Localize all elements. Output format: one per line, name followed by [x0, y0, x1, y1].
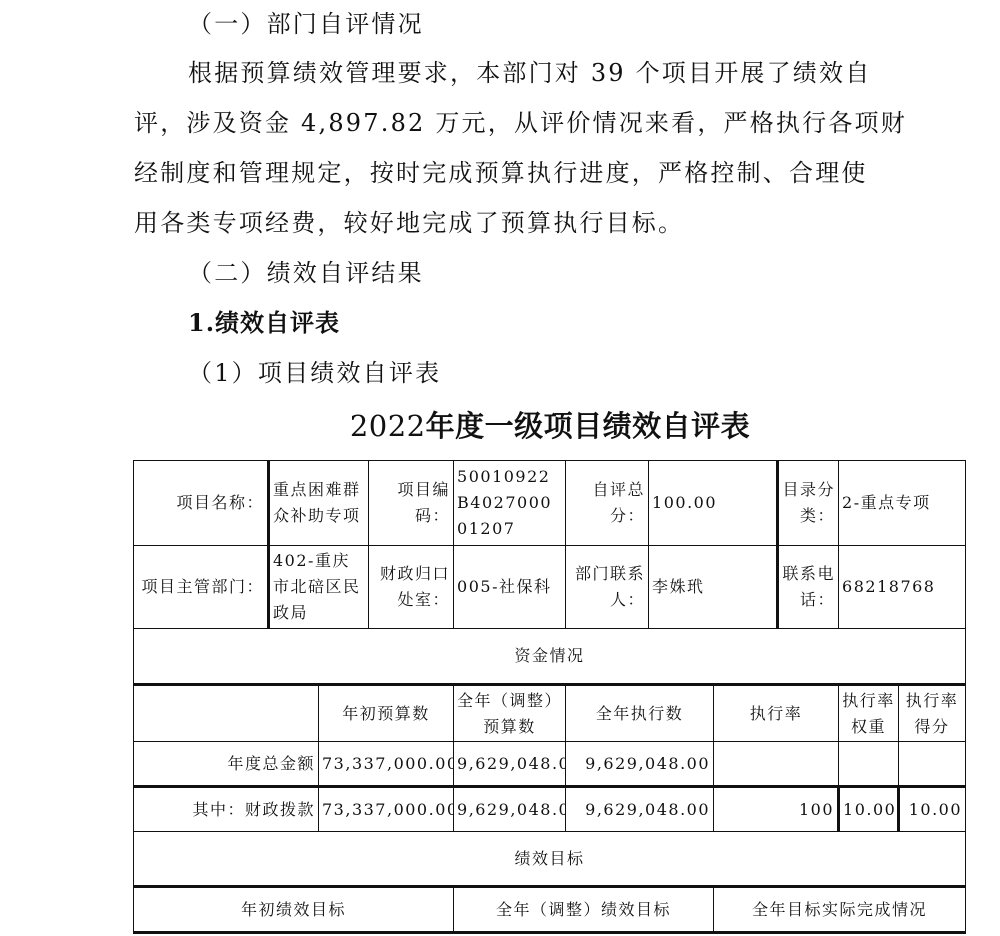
funds-header-executed: 全年执行数: [566, 685, 714, 742]
funds-header-rate: 执行率: [714, 685, 839, 742]
funds-row-label: 其中：财政拨款: [134, 787, 319, 832]
funds-row-fiscal: 其中：财政拨款 73,337,000.00 9,629,048.00 9,629…: [134, 787, 966, 832]
initial-budget-cell: 73,337,000.00: [319, 787, 454, 832]
goals-header-actual: 全年目标实际完成情况: [714, 887, 966, 933]
funds-header-initial-budget: 年初预算数: [319, 685, 454, 742]
self-score-label: 自评总分：: [566, 461, 649, 546]
dept-label: 项目主管部门：: [134, 546, 269, 629]
paragraph-line-3: 经制度和管理规定，按时完成预算执行进度，严格控制、合理使: [134, 153, 868, 188]
table-title: 2022年度一级项目绩效自评表: [0, 404, 1000, 445]
funds-row-total: 年度总金额 73,337,000.00 9,629,048.00 9,629,0…: [134, 742, 966, 787]
funds-header-blank: [134, 685, 319, 742]
goals-header-initial: 年初绩效目标: [134, 887, 454, 933]
table-title-text: 年度一级项目绩效自评表: [426, 409, 751, 443]
rate-cell: [714, 742, 839, 787]
goals-section-row: 绩效目标: [134, 832, 966, 887]
phone-label: 联系电话：: [778, 546, 839, 629]
contact-person-label: 部门联系人：: [566, 546, 649, 629]
initial-budget-cell: 73,337,000.00: [319, 742, 454, 787]
contact-person-value: 李姝玳: [649, 546, 778, 629]
funds-header-row: 年初预算数 全年（调整）预算数 全年执行数 执行率 执行率权重 执行率得分: [134, 685, 966, 742]
goals-header-adjusted: 全年（调整）绩效目标: [454, 887, 714, 933]
weight-cell: [839, 742, 899, 787]
phone-value: 68218768: [839, 546, 966, 629]
executed-cell: 9,629,048.00: [566, 742, 714, 787]
goals-section-label: 绩效目标: [134, 832, 966, 887]
paragraph-line-4: 用各类专项经费，较好地完成了预算执行目标。: [134, 203, 684, 238]
funds-header-adjusted-budget: 全年（调整）预算数: [454, 685, 566, 742]
section-1-heading: （一）部门自评情况: [188, 4, 424, 39]
project-name-label: 项目名称：: [134, 461, 269, 546]
finance-office-label: 财政归口处室：: [369, 546, 454, 629]
goals-header-row: 年初绩效目标 全年（调整）绩效目标 全年目标实际完成情况: [134, 887, 966, 933]
weight-cell: 10.00: [839, 787, 899, 832]
funds-header-score: 执行率得分: [899, 685, 966, 742]
dept-value: 402-重庆市北碚区民政局: [269, 546, 369, 629]
subsection-heading: 1.绩效自评表: [188, 303, 340, 338]
project-code-label: 项目编码：: [369, 461, 454, 546]
funds-section-label: 资金情况: [134, 629, 966, 685]
info-row-1: 项目名称： 重点困难群众补助专项 项目编码： 50010922B40270000…: [134, 461, 966, 546]
funds-section-row: 资金情况: [134, 629, 966, 685]
adjusted-budget-cell: 9,629,048.00: [454, 742, 566, 787]
paragraph-line-1: 根据预算绩效管理要求，本部门对 39 个项目开展了绩效自: [188, 53, 871, 88]
finance-office-value: 005-社保科: [454, 546, 566, 629]
section-2-heading: （二）绩效自评结果: [188, 253, 424, 288]
catalog-value: 2-重点专项: [839, 461, 966, 546]
table-title-year: 2022: [350, 409, 426, 443]
executed-cell: 9,629,048.00: [566, 787, 714, 832]
performance-self-evaluation-table: 项目名称： 重点困难群众补助专项 项目编码： 50010922B40270000…: [133, 460, 966, 934]
score-cell: [899, 742, 966, 787]
project-name-value: 重点困难群众补助专项: [269, 461, 369, 546]
project-code-value: 50010922B402700001207: [454, 461, 566, 546]
adjusted-budget-cell: 9,629,048.00: [454, 787, 566, 832]
info-row-2: 项目主管部门： 402-重庆市北碚区民政局 财政归口处室： 005-社保科 部门…: [134, 546, 966, 629]
paragraph-line-2: 评，涉及资金 4,897.82 万元，从评价情况来看，严格执行各项财: [134, 103, 907, 138]
score-cell: 10.00: [899, 787, 966, 832]
funds-row-label: 年度总金额: [134, 742, 319, 787]
funds-header-weight: 执行率权重: [839, 685, 899, 742]
self-score-value: 100.00: [649, 461, 778, 546]
rate-cell: 100: [714, 787, 839, 832]
catalog-label: 目录分类：: [778, 461, 839, 546]
sub-subsection-heading: （1）项目绩效自评表: [188, 353, 441, 388]
